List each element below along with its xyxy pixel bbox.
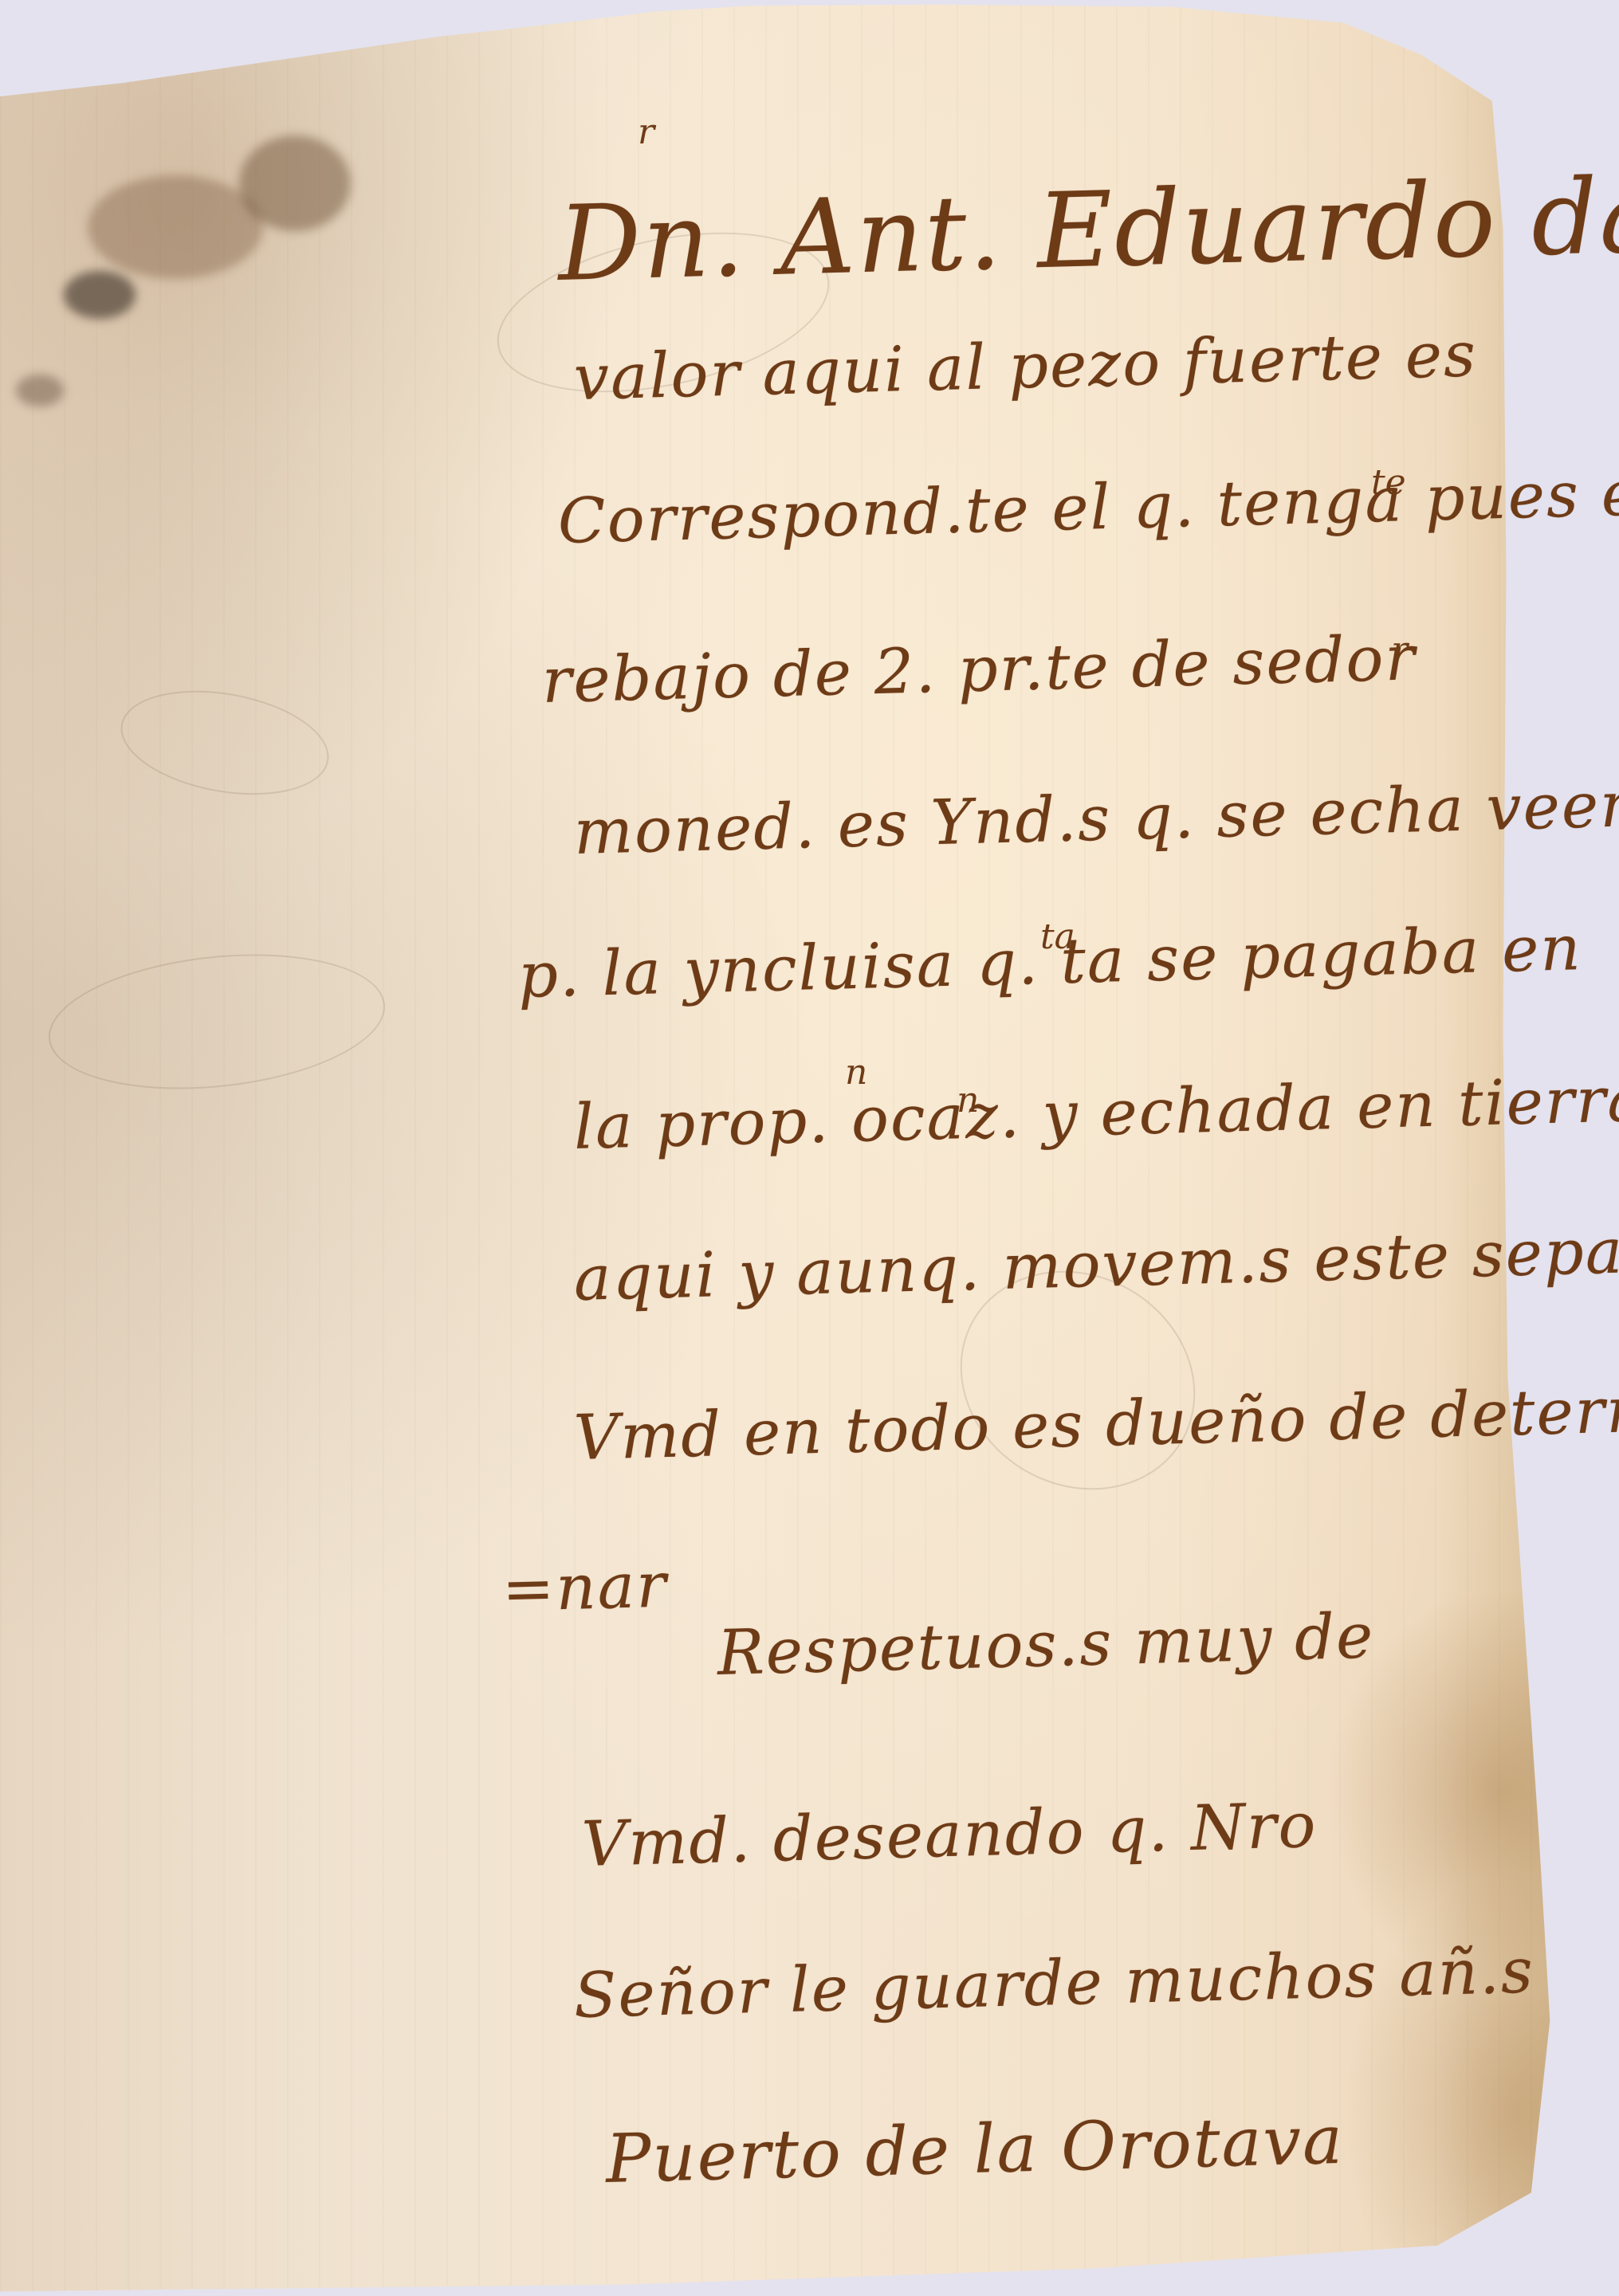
superscript-abbrev: n bbox=[957, 1080, 979, 1121]
ink-stain bbox=[16, 375, 64, 406]
ink-stain bbox=[64, 271, 136, 319]
superscript-abbrev: r bbox=[1391, 630, 1408, 670]
superscript-abbrev: n bbox=[845, 1052, 867, 1093]
bleed-through-flourish bbox=[42, 939, 392, 1104]
superscript-abbrev: te bbox=[1371, 462, 1406, 503]
ink-stain bbox=[88, 175, 263, 279]
ink-stain bbox=[239, 135, 351, 231]
superscript-abbrev: r bbox=[638, 112, 654, 152]
bleed-through-flourish bbox=[112, 676, 337, 810]
letter-line-10: =nar bbox=[501, 1550, 669, 1626]
superscript-abbrev: ta bbox=[1040, 916, 1075, 957]
